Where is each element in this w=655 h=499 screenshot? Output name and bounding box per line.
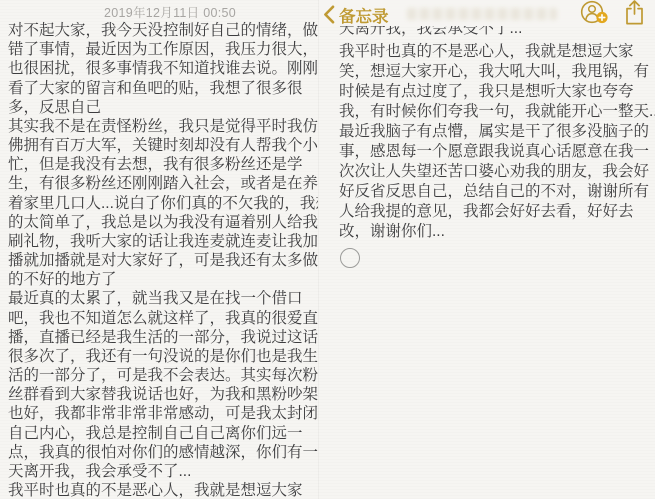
notes-navbar: 备忘录 xyxy=(319,0,655,26)
note-text-line: 其实我不是在责怪粉丝，我只是觉得平时我仿 xyxy=(8,117,316,136)
share-icon xyxy=(624,0,645,31)
note-text-page2[interactable]: 我平时也真的不是恶心人，我就是想逗大家笑，想逗大家开心，我大吼大叫，我甩锅，有时… xyxy=(339,42,653,242)
note-text-line: 人给我提的意见，我都会好好去看，好好去 xyxy=(339,202,653,222)
note-text-line: 最近真的太累了，就当我又是在找一个借口 xyxy=(8,289,316,308)
note-text-line: 对不起大家，我今天没控制好自己的情绪，做 xyxy=(8,21,316,40)
note-text-line: 我，有时候你们夸我一句，我就能开心一整天... xyxy=(339,102,653,122)
note-text-line: 看了大家的留言和鱼吧的贴，我想了很多很 xyxy=(8,79,316,98)
notes-composite-screenshot: { "left_panel": { "timestamp": "2019年12月… xyxy=(0,0,655,499)
note-text-line: 多，反思自己 xyxy=(8,98,316,117)
note-text-line: 播就加播就是对大家好了，可是我还有太多做 xyxy=(8,251,316,270)
note-text-line: 也很困扰，很多事情我不知道找谁去说。刚刚 xyxy=(8,59,316,78)
navbar-actions xyxy=(580,0,645,31)
share-button[interactable] xyxy=(624,0,645,31)
note-text-line: 改，谢谢你们... xyxy=(339,222,653,242)
note-text-line: 很多次了，我还有一句没说的是你们也是我生 xyxy=(8,347,316,366)
note-text-page1: 对不起大家，我今天没控制好自己的情绪，做错了事情，最近因为工作原因，我压力很大，… xyxy=(8,21,316,499)
chevron-left-icon xyxy=(323,5,335,24)
note-text-line: 我平时也真的不是恶心人，我就是想逗大家 xyxy=(339,42,653,62)
note-text-line: 笑，想逗大家开心，我大吼大叫，我甩锅，有 xyxy=(339,62,653,82)
note-text-line: 最近我脑子有点懵，属实是干了很多没脑子的 xyxy=(339,122,653,142)
note-text-line: 天离开我，我会承受不了... xyxy=(8,462,316,481)
note-text-line: 丝群看到大家替我说话也好，为我和黑粉吵架 xyxy=(8,385,316,404)
todo-circle-checkbox[interactable] xyxy=(340,248,360,268)
add-people-button[interactable] xyxy=(580,0,609,30)
notes-screenshots: 2019年12月11日 00:50 对不起大家，我今天没控制好自己的情绪，做错了… xyxy=(0,0,655,499)
add-people-icon xyxy=(580,0,609,30)
note-text-line: 的太简单了，我总是以为我没有逼着别人给我 xyxy=(8,213,316,232)
note-text-line: 刷礼物，我听大家的话让我连麦就连麦让我加 xyxy=(8,232,316,251)
note-text-line: 我平时也真的不是恶心人，我就是想逗大家 xyxy=(8,481,316,499)
note-text-line: 吧，我也不知道怎么就这样了，我真的很爱直 xyxy=(8,309,316,328)
note-text-line: 忙，但是我没有去想，我有很多粉丝还是学 xyxy=(8,155,316,174)
note-screenshot-page1: 2019年12月11日 00:50 对不起大家，我今天没控制好自己的情绪，做错了… xyxy=(0,0,318,499)
note-text-line: 也好，我都非常非常非常感动，可是我太封闭 xyxy=(8,404,316,423)
back-button[interactable]: 备忘录 xyxy=(323,3,389,27)
note-text-line: 活的一部分了，可是我不会表达。其实每次粉 xyxy=(8,366,316,385)
note-text-line: 好反省反思自己，总结自己的不对，谢谢所有 xyxy=(339,182,653,202)
note-timestamp: 2019年12月11日 00:50 xyxy=(0,3,318,21)
note-text-line: 佛拥有百万大军，关键时刻却没有人帮我个小 xyxy=(8,136,316,155)
note-text-line: 事，感恩每一个愿意跟我说真心话愿意在我一 xyxy=(339,142,653,162)
note-text-line: 错了事情，最近因为工作原因，我压力很大， xyxy=(8,40,316,59)
note-text-line: 点，我真的很怕对你们的感情越深，你们有一 xyxy=(8,443,316,462)
back-label: 备忘录 xyxy=(339,3,389,27)
blurred-ghost-text xyxy=(407,8,557,20)
note-text-line: 生，有很多粉丝还刚刚踏入社会，或者是在养 xyxy=(8,174,316,193)
note-text-line: 次次让人失望还苦口婆心劝我的朋友，我会好 xyxy=(339,162,653,182)
note-text-line: 自己内心，我总是控制自己自己离你们远一 xyxy=(8,424,316,443)
note-text-line: 的不好的地方了 xyxy=(8,270,316,289)
note-text-line: 时候是有点过度了，我只是想听大家也夸夸 xyxy=(339,82,653,102)
note-text-line: 播，直播已经是我生活的一部分，我说过这话 xyxy=(8,328,316,347)
note-screenshot-page2: 备忘录 xyxy=(318,0,655,499)
note-text-line: 着家里几口人...说白了你们真的不欠我的，我想 xyxy=(8,194,316,213)
